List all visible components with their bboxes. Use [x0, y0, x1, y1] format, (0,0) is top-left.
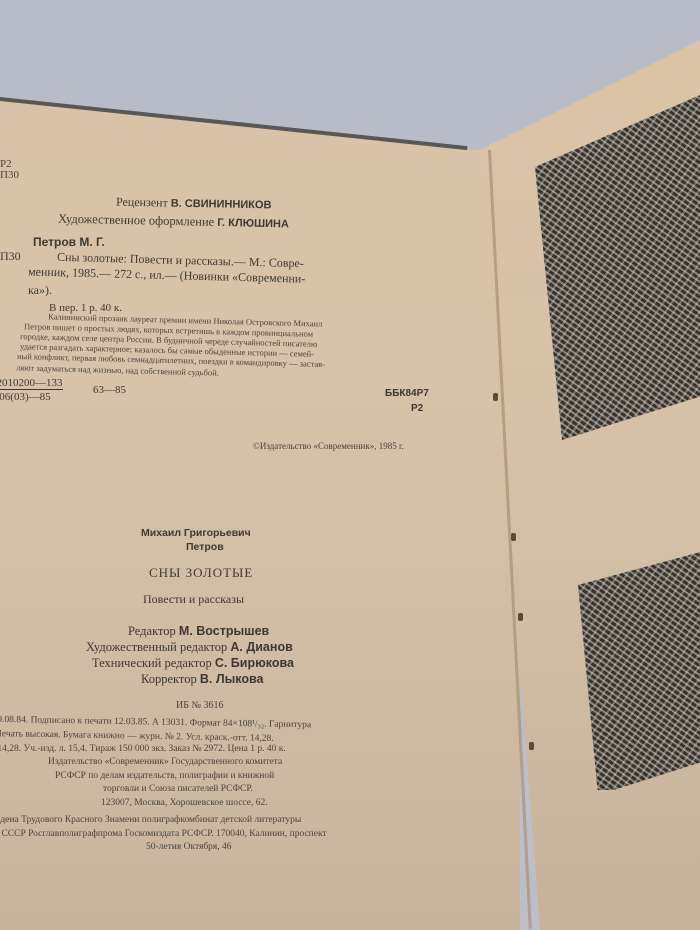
credit-role: Корректор	[141, 672, 197, 686]
print-detail-line: Усл. печ. л. 14,28. Уч.-изд. л. 15,4. Ти…	[0, 744, 286, 755]
credit-name: С. Бирюкова	[215, 656, 294, 670]
reviewer-label: Рецензент	[116, 195, 168, 210]
credit-proofreader: Корректор В. Лыкова	[141, 672, 263, 687]
printer-line: 50-летия Октября, 46	[146, 842, 232, 853]
fraction-numerator: 4702010200—133	[0, 377, 63, 390]
woodcut-illustration-bottom	[578, 550, 700, 790]
publisher-line: торговли и Союза писателей РСФСР.	[103, 784, 253, 795]
author-first-names: Михаил Григорьевич	[141, 527, 251, 539]
credit-name: М. Вострышев	[179, 624, 269, 638]
author-surname: Петров	[186, 541, 224, 553]
fraction-suffix: 63—85	[93, 384, 126, 396]
reviewer-name: В. СВИНИННИКОВ	[171, 198, 272, 212]
binding-stitch	[529, 742, 534, 750]
margin-code: П30	[0, 249, 21, 264]
catalog-author: Петров М. Г.	[33, 235, 105, 249]
credit-role: Технический редактор	[92, 656, 212, 670]
catalog-entry-line: ка»).	[28, 283, 52, 298]
ib-number: ИБ № 3616	[176, 700, 224, 711]
credit-editor: Редактор М. Вострышев	[128, 624, 269, 639]
art-design-name: Г. КЛЮШИНА	[217, 217, 289, 230]
margin-code: П30	[0, 170, 19, 181]
photo-scene: Р2 П30 Рецензент В. СВИНИННИКОВ Художест…	[0, 0, 700, 930]
publisher-line: Издательство «Современник» Государственн…	[48, 757, 282, 768]
reviewer-line: Рецензент В. СВИНИННИКОВ	[116, 195, 272, 213]
binding-stitch	[518, 613, 523, 621]
credit-role: Редактор	[128, 624, 176, 638]
credit-art-editor: Художественный редактор А. Дианов	[86, 640, 293, 655]
fraction-denominator: М106(03)—85	[0, 391, 51, 403]
credit-name: А. Дианов	[230, 640, 292, 654]
printer-line: Калининский ордена Трудового Красного Зн…	[0, 815, 301, 826]
bbk-code: ББК84Р7	[385, 388, 429, 399]
credit-tech-editor: Технический редактор С. Бирюкова	[92, 656, 294, 671]
binding-stitch	[493, 393, 498, 401]
book-title: СНЫ ЗОЛОТЫЕ	[149, 565, 253, 581]
publisher-line: РСФСР по делам издательств, полиграфии и…	[55, 771, 274, 782]
art-design-label: Художественное оформление	[58, 212, 214, 229]
credit-name: В. Лыкова	[200, 672, 264, 686]
copyright-line: ©Издательство «Современник», 1985 г.	[253, 441, 404, 452]
binding-stitch	[511, 533, 516, 541]
printer-line: им. 50-летия СССР Росглавполиграфпрома Г…	[0, 829, 327, 840]
book-subtitle: Повести и рассказы	[143, 592, 244, 607]
publisher-line: 123007, Москва, Хорошевское шоссе, 62.	[101, 798, 268, 809]
bbk-code-2: Р2	[411, 403, 423, 414]
credit-role: Художественный редактор	[86, 640, 227, 654]
